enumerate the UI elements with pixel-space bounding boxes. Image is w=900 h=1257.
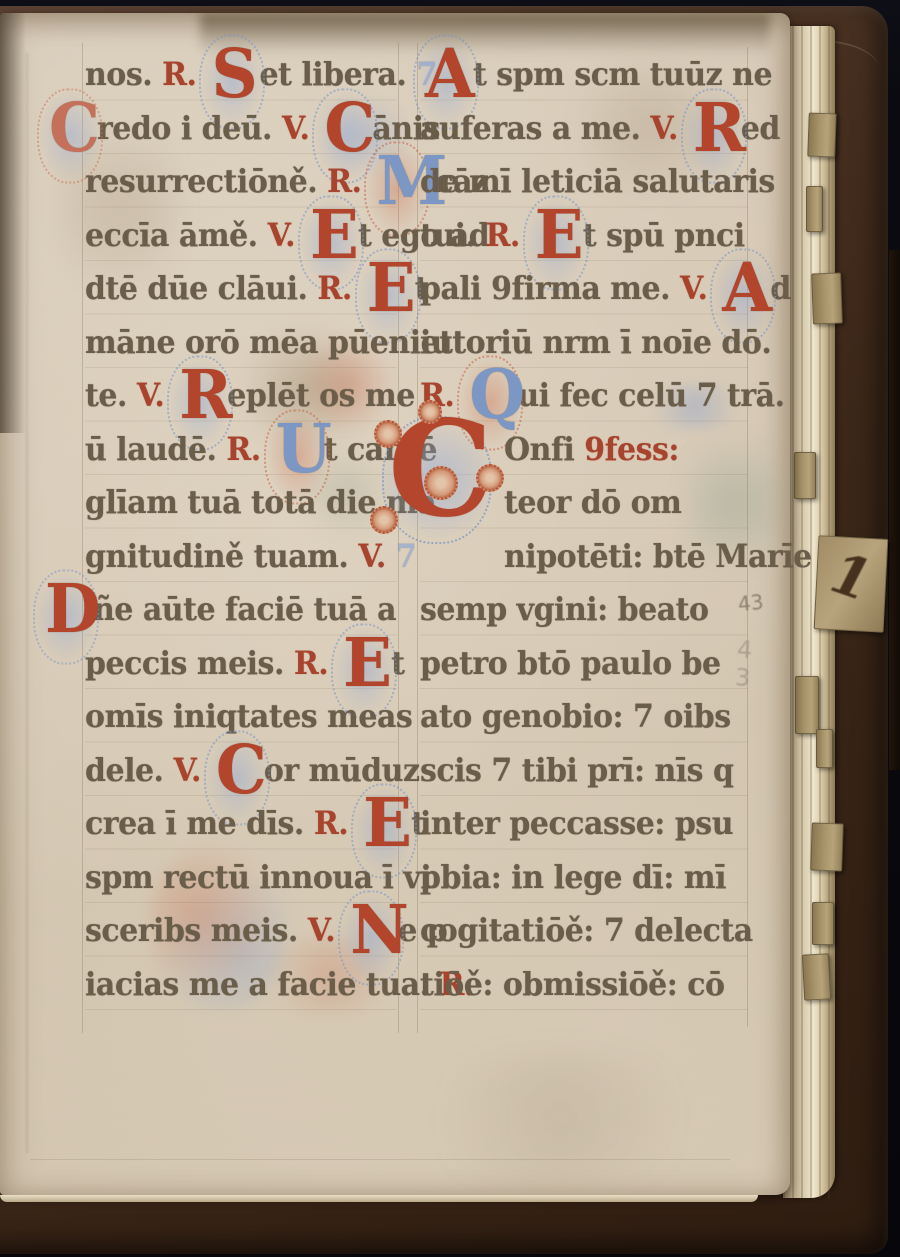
body-text: inter peccasse: psu (420, 806, 733, 843)
text-line-left-6: māne orō mēa pūeniet (85, 315, 397, 372)
body-text: māne orō mēa pūeniet (85, 324, 453, 361)
body-text: dtē dūe clāui. (85, 271, 317, 308)
fore-edge-tab-marked: 1 (814, 535, 889, 633)
adjacent-dark-object (889, 250, 900, 770)
text-line-right-10: nipotēti: btē Marīe (420, 529, 748, 586)
text-line-left-4: eccīa āmě. V. Et ego ad (85, 208, 397, 265)
text-line-left-14: dele. V. Cor mūduz (85, 743, 397, 800)
fore-edge-tab (807, 113, 837, 158)
text-line-right-9: teor dō om (420, 475, 748, 532)
body-text: dele. (85, 752, 173, 789)
text-line-left-12: peccis meis. R. Et (85, 636, 397, 693)
body-text: tui. (420, 217, 485, 254)
fore-edge-tab (806, 186, 823, 232)
body-text: t spū pnci (583, 217, 745, 254)
decorated-initial: E (308, 208, 352, 250)
parchment-fold-line (26, 53, 28, 1153)
body-text: nipotēti: btē Marīe (504, 538, 812, 575)
body-text: peccis meis. (85, 645, 294, 682)
body-text: crea ī me dīs. (85, 806, 314, 843)
fore-edge-tab (811, 272, 843, 324)
text-line-right-17: cogitatiōě: 7 delecta (420, 903, 748, 960)
body-text: pali 9firma me. (420, 271, 680, 308)
text-line-right-5: pali 9firma me. V. Ad (420, 261, 748, 318)
text-line-right-11: semp vgini: beato (420, 582, 748, 639)
body-text: iacias me a facie tua. (85, 966, 439, 1003)
decorated-initial: E (533, 208, 577, 250)
text-line-left-17: sceribs meis. V. Ne p (85, 903, 397, 960)
body-text: teor dō om (504, 485, 681, 522)
text-line-right-12: petro btō paulo be (420, 636, 748, 693)
text-line-right-16: pbia: in lege dī: mī (420, 850, 748, 907)
fore-edge-tab (802, 953, 831, 1000)
body-text: pbia: in lege dī: mī (420, 859, 726, 896)
initial-medallion (418, 400, 442, 424)
text-line-right-4: tui. R. Et spū pnci (420, 208, 748, 265)
body-text: cogitatiōě: 7 delecta (420, 913, 753, 950)
body-text: resurrectiōně. (85, 164, 327, 201)
underpage-edge (30, 1159, 730, 1160)
text-line-left-9: glīam tuā totā die ma (85, 475, 397, 532)
text-line-left-5: dtē dūe clāui. R. Et (85, 261, 397, 318)
body-text: te. (85, 378, 137, 415)
text-line-left-7: te. V. Replēt os me (85, 368, 397, 425)
text-line-right-2: auferas a me. V. Red (420, 101, 748, 158)
text-line-left-8: ū laudē. R. Ut cantē (85, 422, 397, 479)
folio-number-pencil: 43 (737, 590, 765, 617)
decorated-initial: A (720, 261, 764, 303)
decorated-initial: R (177, 368, 221, 410)
fore-edge-tab (812, 902, 834, 945)
body-text: tiōě: obmissiōě: cō (420, 966, 725, 1003)
decorated-initial: E (341, 636, 385, 678)
text-line-left-2: Credo i deū. V. Cānis (85, 101, 397, 158)
text-line-right-15: inter peccasse: psu (420, 796, 748, 853)
manuscript-photo: 1 nos. R. Set libera. 7Credo i deū. V. C… (0, 0, 900, 1257)
decorated-initial: C (322, 101, 366, 143)
gutter-shadow (0, 13, 26, 433)
text-line-right-14: scis 7 tibi prī: nīs q (420, 743, 748, 800)
initial-medallion (370, 506, 398, 534)
text-line-left-15: crea ī me dīs. R. Et (85, 796, 397, 853)
body-text: de mī leticiā salutaris (420, 164, 775, 201)
parchment-page: nos. R. Set libera. 7Credo i deū. V. Cān… (0, 13, 790, 1195)
body-text: eccīa āmě. (85, 217, 268, 254)
text-line-left-10: gnitudině tuam. V. 7 (85, 529, 397, 586)
fore-edge-tab (816, 729, 833, 768)
initial-medallion (374, 420, 402, 448)
decorated-initial: S (209, 47, 253, 89)
decorated-initial: R (691, 101, 735, 143)
decorated-initial: E (365, 261, 409, 303)
body-text: scis 7 tibi prī: nīs q (420, 752, 734, 789)
fore-edge-tab (794, 452, 816, 499)
body-text: ū laudē. (85, 431, 226, 468)
folio-number-pencil-faint: 4 3 (734, 635, 792, 695)
body-text: Onfi (504, 431, 584, 468)
decorated-initial: A (423, 47, 467, 89)
text-line-right-13: ato genobio: 7 oibs (420, 689, 748, 746)
text-line-right-8: Onfi 9fess: (420, 422, 748, 479)
body-text: gnitudině tuam. (85, 538, 358, 575)
decorated-initial: C (214, 743, 258, 785)
tab-ink-mark: 1 (817, 541, 884, 613)
stain (400, 1053, 720, 1183)
text-column-left: nos. R. Set libera. 7Credo i deū. V. Cān… (85, 47, 397, 1010)
body-text: semp vgini: beato (420, 592, 709, 629)
fore-edge-tab (795, 676, 819, 734)
decorated-initial: N (348, 903, 392, 945)
fore-edge-tab (810, 822, 844, 871)
decorated-initial: E (361, 796, 405, 838)
body-text: redo i deū. (97, 110, 282, 147)
rubric-text: 9fess: (584, 431, 679, 468)
decorated-initial: M (374, 154, 418, 196)
body-text: auferas a me. (420, 110, 650, 147)
text-line-right-18: tiōě: obmissiōě: cō (420, 957, 748, 1014)
text-line-right-3: de mī leticiā salutaris (420, 154, 748, 211)
text-line-left-18: iacias me a facie tua. R. (85, 957, 397, 1014)
decorated-initial: U (274, 422, 318, 464)
ruling-line (82, 43, 83, 1033)
body-text: ato genobio: 7 oibs (420, 699, 731, 736)
decorated-initial: D (43, 582, 87, 624)
text-column-right: At spm scm tuūz neauferas a me. V. Redde… (420, 47, 748, 1010)
body-text: sceribs meis. (85, 913, 308, 950)
body-text: petro btō paulo be (420, 645, 721, 682)
body-text: ui fec celū 7 trā. (517, 378, 784, 415)
decorated-initial: C (47, 101, 91, 143)
